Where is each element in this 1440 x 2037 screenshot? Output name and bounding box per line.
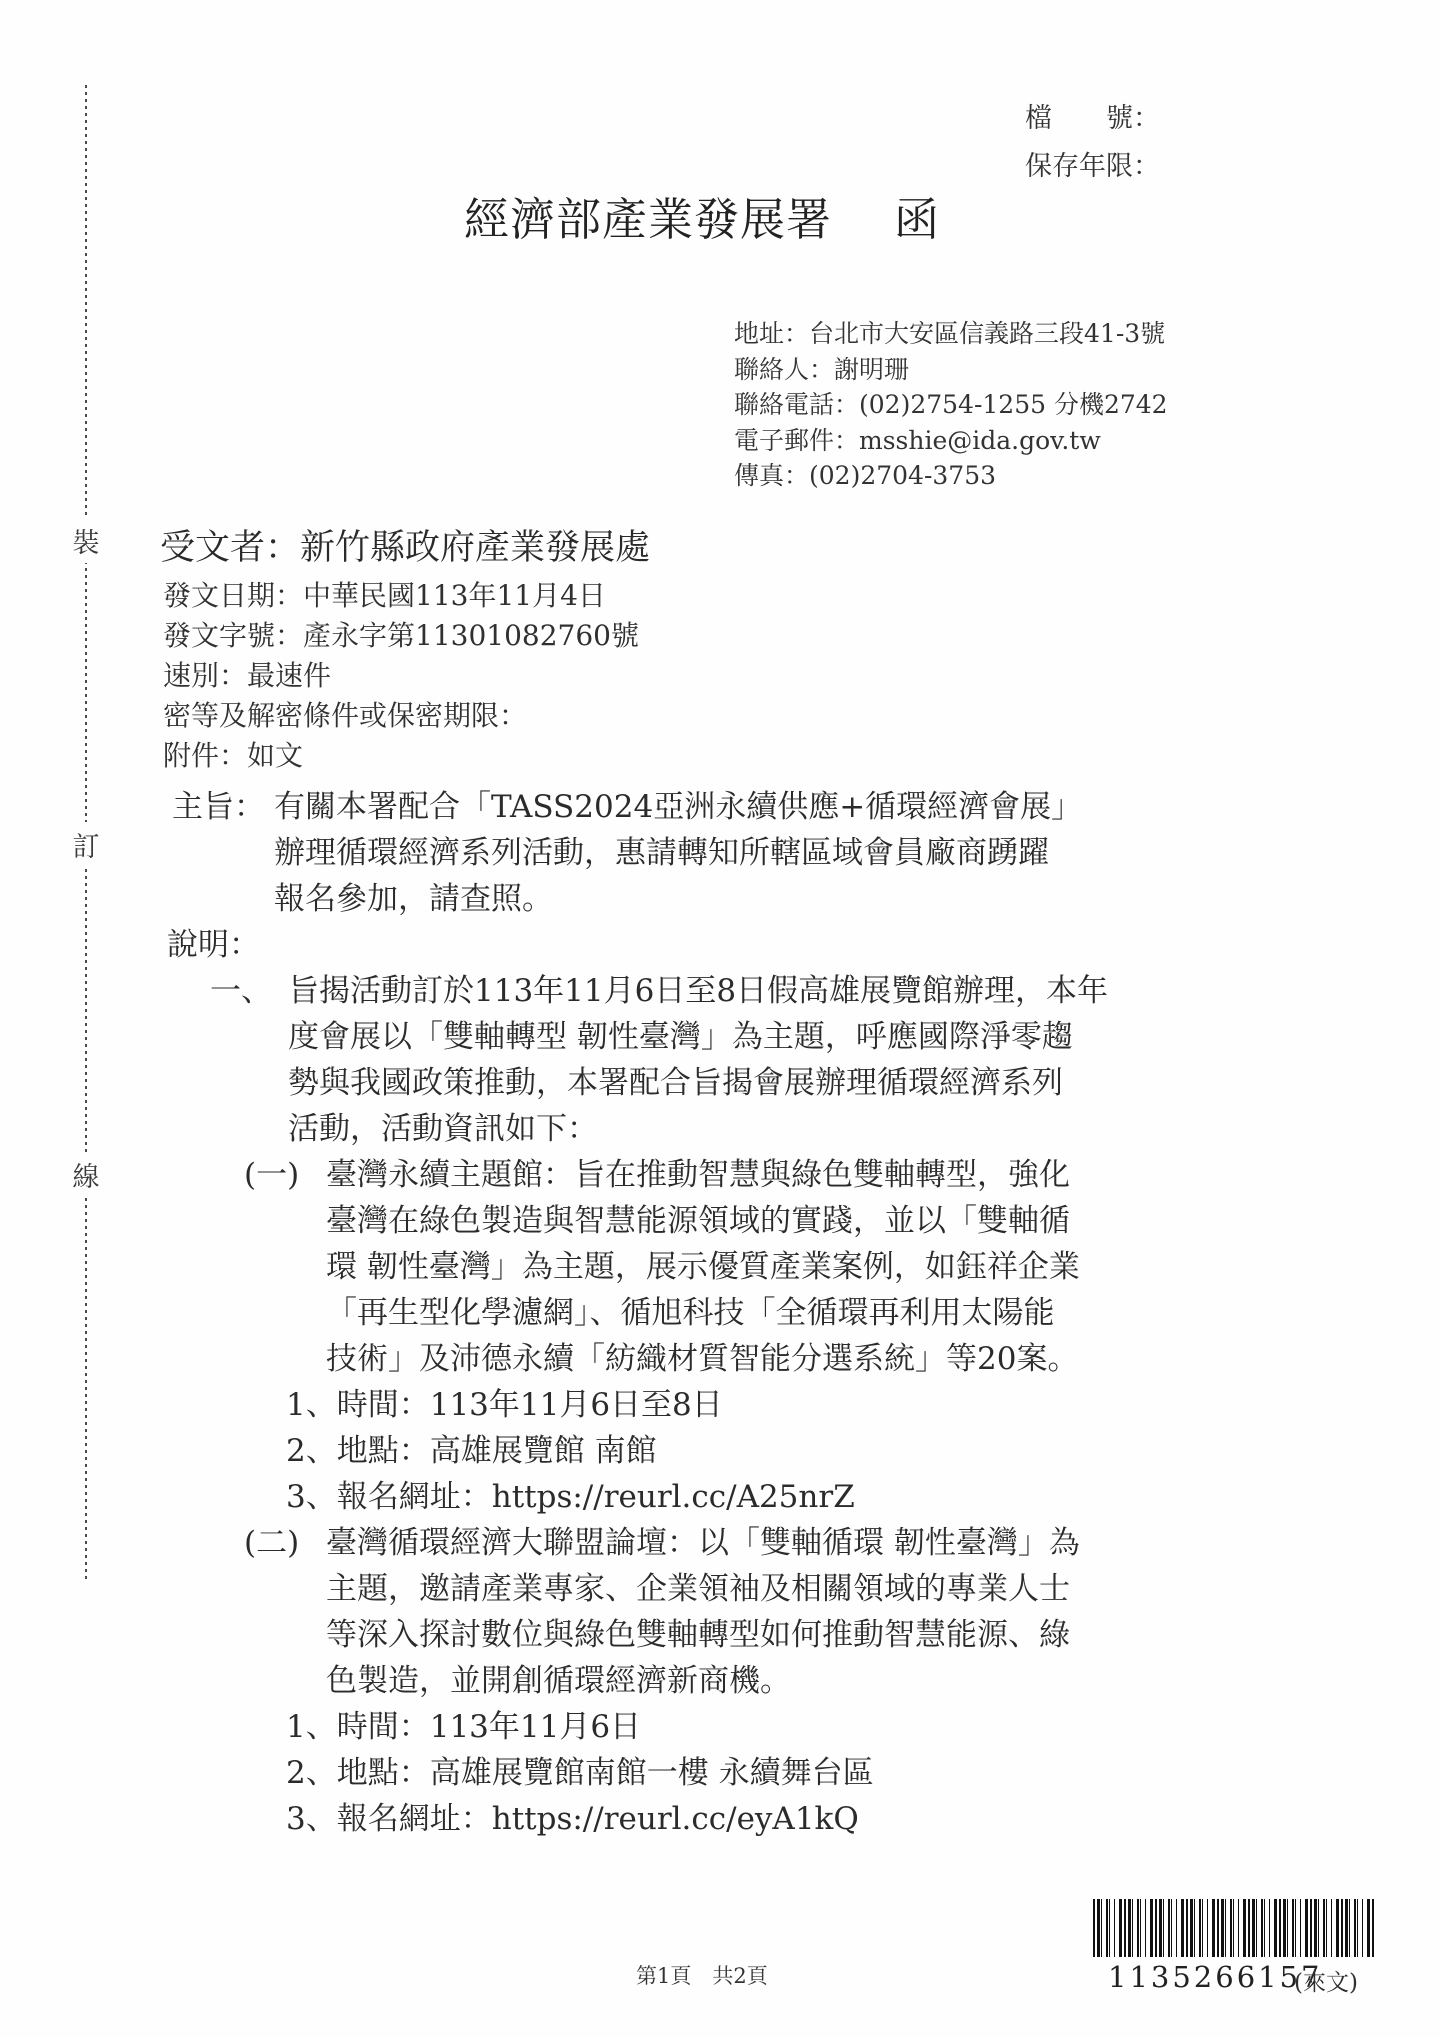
explanation-sub1-number: (一)	[244, 1152, 299, 1198]
scanned-official-letter-page: 裝 訂 線 檔 號： 保存年限： 經濟部產業發展署 函 地址：台北市大安區信義路…	[0, 0, 1440, 2037]
text-line: 「再生型化學濾網」、循旭科技「全循環再利用太陽能	[326, 1290, 1080, 1336]
text-line: 1、時間：113年11月6日	[286, 1704, 874, 1750]
text-line: 1、時間：113年11月6日至8日	[286, 1382, 855, 1428]
explanation-sub2-number: (二)	[244, 1520, 299, 1566]
text-line: 辦理循環經濟系列活動，惠請轉知所轄區域會員廠商踴躍	[274, 830, 1082, 876]
text-line: 發文日期：中華民國113年11月4日	[163, 576, 639, 616]
text-line: 報名參加，請查照。	[274, 876, 1082, 922]
binding-label-ding: 訂	[71, 822, 101, 867]
explanation-sub2-details: 1、時間：113年11月6日2、地點：高雄展覽館南館一樓 永續舞台區3、報名網址…	[286, 1704, 874, 1842]
text-line: 附件：如文	[163, 736, 639, 776]
text-line: 勢與我國政策推動，本署配合旨揭會展辦理循環經濟系列	[288, 1060, 1108, 1106]
issuing-agency-name: 經濟部產業發展署	[464, 183, 832, 248]
text-line: 3、報名網址：https://reurl.cc/eyA1kQ	[286, 1796, 874, 1842]
sender-contact-info: 地址：台北市大安區信義路三段41-3號聯絡人：謝明珊聯絡電話：(02)2754-…	[734, 316, 1168, 494]
barcode	[1093, 1899, 1374, 1957]
text-line: 活動，活動資訊如下：	[288, 1106, 1108, 1152]
binding-label-xian: 線	[71, 1152, 101, 1197]
text-line: 2、地點：高雄展覽館南館一樓 永續舞台區	[286, 1750, 874, 1796]
explanation-label: 說明：	[167, 922, 260, 968]
text-line: 傳真：(02)2704-3753	[734, 458, 1168, 494]
text-line: 2、地點：高雄展覽館 南館	[286, 1428, 855, 1474]
document-title: 經濟部產業發展署 函	[464, 183, 940, 248]
text-line: 密等及解密條件或保密期限：	[163, 696, 639, 736]
file-number-block: 檔 號： 保存年限：	[1025, 95, 1160, 191]
text-line: 電子郵件：msshie@ida.gov.tw	[734, 423, 1168, 459]
recipient-line: 受文者：新竹縣政府產業發展處	[160, 520, 650, 570]
explanation-item1-text: 旨揭活動訂於113年11月6日至8日假高雄展覽館辦理，本年度會展以「雙軸轉型 韌…	[288, 968, 1108, 1152]
file-number-label: 檔 號：	[1025, 95, 1160, 143]
text-line: 度會展以「雙軸轉型 韌性臺灣」為主題，呼應國際淨零趨	[288, 1014, 1108, 1060]
document-metadata: 發文日期：中華民國113年11月4日發文字號：產永字第11301082760號速…	[163, 576, 639, 776]
text-line: 聯絡人：謝明珊	[734, 352, 1168, 388]
text-line: 臺灣永續主題館：旨在推動智慧與綠色雙軸轉型，強化	[326, 1152, 1080, 1198]
text-line: 旨揭活動訂於113年11月6日至8日假高雄展覽館辦理，本年	[288, 968, 1108, 1014]
text-line: 地址：台北市大安區信義路三段41-3號	[734, 316, 1168, 352]
text-line: 臺灣循環經濟大聯盟論壇：以「雙軸循環 韌性臺灣」為	[326, 1520, 1080, 1566]
text-line: 速別：最速件	[163, 656, 639, 696]
text-line: 等深入探討數位與綠色雙軸轉型如何推動智慧能源、綠	[326, 1612, 1080, 1658]
retention-period-label: 保存年限：	[1025, 143, 1160, 191]
barcode-note: (來文)	[1294, 1964, 1358, 1997]
text-line: 色製造，並開創循環經濟新商機。	[326, 1658, 1080, 1704]
page-number-info: 第1頁 共2頁	[636, 1960, 768, 1990]
text-line: 環 韌性臺灣」為主題，展示優質產業案例，如鈺祥企業	[326, 1244, 1080, 1290]
explanation-sub1-text: 臺灣永續主題館：旨在推動智慧與綠色雙軸轉型，強化臺灣在綠色製造與智慧能源領域的實…	[326, 1152, 1080, 1382]
text-line: 臺灣在綠色製造與智慧能源領域的實踐，並以「雙軸循	[326, 1198, 1080, 1244]
binding-label-zhuang: 裝	[71, 518, 101, 563]
text-line: 3、報名網址：https://reurl.cc/A25nrZ	[286, 1474, 855, 1520]
text-line: 主題，邀請產業專家、企業領袖及相關領域的專業人士	[326, 1566, 1080, 1612]
explanation-item1-number: 一、	[210, 968, 272, 1014]
barcode-number: 1135266157	[1108, 1960, 1323, 1994]
text-line: 聯絡電話：(02)2754-1255 分機2742	[734, 387, 1168, 423]
text-line: 技術」及沛德永續「紡織材質智能分選系統」等20案。	[326, 1336, 1080, 1382]
text-line: 有關本署配合「TASS2024亞洲永續供應+循環經濟會展」	[274, 784, 1082, 830]
subject-text: 有關本署配合「TASS2024亞洲永續供應+循環經濟會展」辦理循環經濟系列活動，…	[274, 784, 1082, 922]
explanation-sub1-details: 1、時間：113年11月6日至8日2、地點：高雄展覽館 南館3、報名網址：htt…	[286, 1382, 855, 1520]
subject-label: 主旨：	[172, 784, 265, 830]
text-line: 發文字號：產永字第11301082760號	[163, 616, 639, 656]
document-type-letter: 函	[894, 183, 940, 248]
explanation-sub2-text: 臺灣循環經濟大聯盟論壇：以「雙軸循環 韌性臺灣」為主題，邀請產業專家、企業領袖及…	[326, 1520, 1080, 1704]
